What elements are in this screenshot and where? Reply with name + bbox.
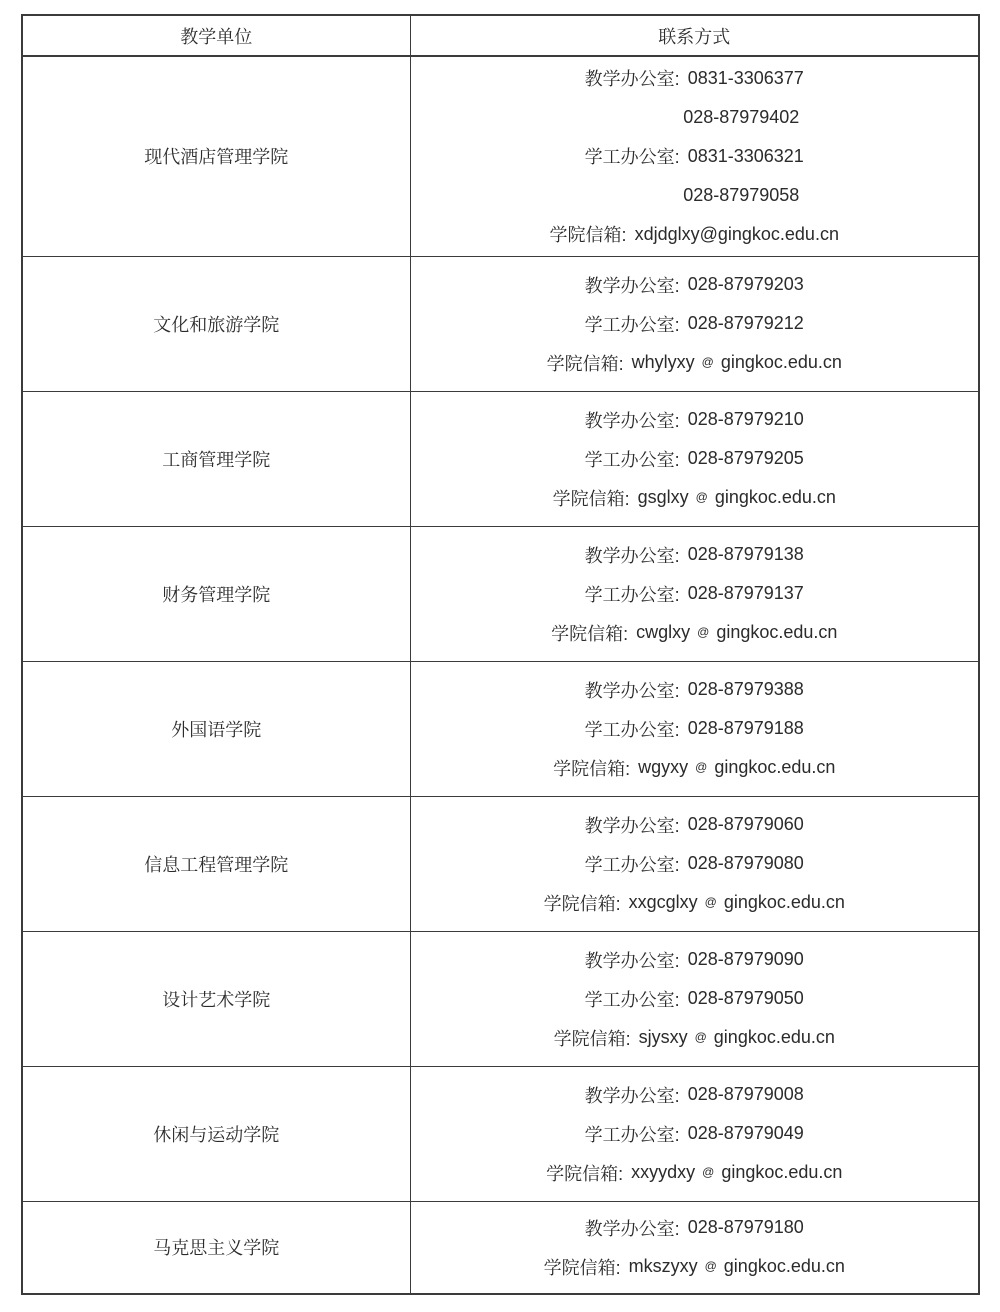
unit-cell: 外国语学院 bbox=[22, 661, 410, 796]
line-label: 学院信箱: bbox=[553, 485, 630, 511]
unit-cell: 休闲与运动学院 bbox=[22, 1066, 410, 1201]
email-user: cwglxy bbox=[636, 622, 690, 643]
email-domain: gingkoc.edu.cn bbox=[716, 622, 837, 643]
line-value: 028-87979210 bbox=[688, 409, 804, 430]
contact-line: 教学办公室:028-87979008 bbox=[411, 1075, 979, 1114]
column-header-contact: 联系方式 bbox=[410, 15, 979, 56]
line-label: 学工办公室: bbox=[585, 143, 680, 169]
line-label: 学工办公室: bbox=[585, 716, 680, 742]
line-label: 学院信箱: bbox=[547, 350, 624, 376]
table-row: 设计艺术学院 教学办公室:028-87979090 学工办公室:028-8797… bbox=[22, 931, 979, 1066]
line-label: 教学办公室: bbox=[585, 542, 680, 568]
email-domain: gingkoc.edu.cn bbox=[724, 1256, 845, 1277]
contact-cell: 教学办公室:028-87979180 学院信箱:mkszyxy@gingkoc.… bbox=[410, 1201, 979, 1294]
contact-line: 学工办公室:028-87979050 bbox=[411, 979, 979, 1018]
line-value: 028-87979402 bbox=[683, 107, 799, 128]
email-domain: gingkoc.edu.cn bbox=[721, 352, 842, 373]
table-row: 信息工程管理学院 教学办公室:028-87979060 学工办公室:028-87… bbox=[22, 796, 979, 931]
line-label: 学工办公室: bbox=[585, 986, 680, 1012]
line-label: 学院信箱: bbox=[546, 1160, 623, 1186]
line-label: 学院信箱: bbox=[554, 1025, 631, 1051]
contact-line: 教学办公室:028-87979060 bbox=[411, 805, 979, 844]
at-sign: @ bbox=[702, 1165, 714, 1179]
email-domain: gingkoc.edu.cn bbox=[714, 1027, 835, 1048]
unit-cell: 马克思主义学院 bbox=[22, 1201, 410, 1294]
contact-lines: 教学办公室:028-87979090 学工办公室:028-87979050 学院… bbox=[411, 940, 979, 1057]
contact-table: 教学单位 联系方式 现代酒店管理学院 教学办公室:0831-3306377 02… bbox=[21, 14, 980, 1295]
email-line: 学院信箱:sjysxy@gingkoc.edu.cn bbox=[411, 1018, 979, 1057]
contact-lines: 教学办公室:028-87979388 学工办公室:028-87979188 学院… bbox=[411, 670, 979, 787]
email-line: 学院信箱:gsglxy@gingkoc.edu.cn bbox=[411, 478, 979, 517]
contact-line: 教学办公室:028-87979203 bbox=[411, 265, 979, 304]
line-label: 学院信箱: bbox=[551, 620, 628, 646]
email-domain: gingkoc.edu.cn bbox=[724, 892, 845, 913]
line-label: 教学办公室: bbox=[585, 812, 680, 838]
email-user: sjysxy bbox=[639, 1027, 688, 1048]
contact-line: 028-87979402 bbox=[458, 98, 1000, 137]
at-sign: @ bbox=[705, 895, 717, 909]
contact-line: 学工办公室:028-87979188 bbox=[411, 709, 979, 748]
line-label: 学工办公室: bbox=[585, 1121, 680, 1147]
unit-cell: 信息工程管理学院 bbox=[22, 796, 410, 931]
unit-cell: 文化和旅游学院 bbox=[22, 256, 410, 391]
contact-line: 学工办公室:0831-3306321 bbox=[411, 137, 979, 176]
email-domain: gingkoc.edu.cn bbox=[715, 487, 836, 508]
unit-cell: 财务管理学院 bbox=[22, 526, 410, 661]
line-value: 028-87979090 bbox=[688, 949, 804, 970]
contact-cell: 教学办公室:028-87979008 学工办公室:028-87979049 学院… bbox=[410, 1066, 979, 1201]
line-value: 028-87979212 bbox=[688, 313, 804, 334]
line-label: 教学办公室: bbox=[585, 1215, 680, 1241]
contact-lines: 教学办公室:028-87979008 学工办公室:028-87979049 学院… bbox=[411, 1075, 979, 1192]
contact-cell: 教学办公室:028-87979203 学工办公室:028-87979212 学院… bbox=[410, 256, 979, 391]
line-value: 028-87979138 bbox=[688, 544, 804, 565]
contact-line: 学工办公室:028-87979137 bbox=[411, 574, 979, 613]
contact-line: 学工办公室:028-87979080 bbox=[411, 844, 979, 883]
line-label: 学工办公室: bbox=[585, 581, 680, 607]
contact-line: 学工办公室:028-87979212 bbox=[411, 304, 979, 343]
at-sign: @ bbox=[695, 1030, 707, 1044]
line-label: 教学办公室: bbox=[585, 1082, 680, 1108]
document-page: 教学单位 联系方式 现代酒店管理学院 教学办公室:0831-3306377 02… bbox=[0, 0, 1000, 1312]
unit-cell: 现代酒店管理学院 bbox=[22, 56, 410, 256]
contact-lines: 教学办公室:028-87979060 学工办公室:028-87979080 学院… bbox=[411, 805, 979, 922]
at-sign: @ bbox=[697, 625, 709, 639]
line-label: 教学办公室: bbox=[585, 272, 680, 298]
column-header-unit: 教学单位 bbox=[22, 15, 410, 56]
line-value: 0831-3306377 bbox=[688, 68, 804, 89]
email-line: 学院信箱:mkszyxy@gingkoc.edu.cn bbox=[411, 1247, 979, 1286]
email-address: xdjdglxy@gingkoc.edu.cn bbox=[635, 224, 839, 245]
contact-line: 028-87979058 bbox=[458, 176, 1000, 215]
line-value: 0831-3306321 bbox=[688, 146, 804, 167]
line-label: 学工办公室: bbox=[585, 311, 680, 337]
email-user: mkszyxy bbox=[629, 1256, 698, 1277]
line-value: 028-87979049 bbox=[688, 1123, 804, 1144]
table-row: 现代酒店管理学院 教学办公室:0831-3306377 028-87979402… bbox=[22, 56, 979, 256]
header-row: 教学单位 联系方式 bbox=[22, 15, 979, 56]
at-sign: @ bbox=[702, 355, 714, 369]
line-label: 学院信箱: bbox=[544, 890, 621, 916]
email-line: 学院信箱:xxgcglxy@gingkoc.edu.cn bbox=[411, 883, 979, 922]
line-label: 教学办公室: bbox=[585, 407, 680, 433]
line-label: 教学办公室: bbox=[585, 677, 680, 703]
line-value: 028-87979188 bbox=[688, 718, 804, 739]
contact-line: 学工办公室:028-87979205 bbox=[411, 439, 979, 478]
line-label: 学院信箱: bbox=[544, 1254, 621, 1280]
line-value: 028-87979058 bbox=[683, 185, 799, 206]
at-sign: @ bbox=[696, 490, 708, 504]
line-value: 028-87979388 bbox=[688, 679, 804, 700]
line-label: 学院信箱: bbox=[553, 755, 630, 781]
table-row: 休闲与运动学院 教学办公室:028-87979008 学工办公室:028-879… bbox=[22, 1066, 979, 1201]
contact-cell: 教学办公室:028-87979060 学工办公室:028-87979080 学院… bbox=[410, 796, 979, 931]
contact-lines: 教学办公室:0831-3306377 028-87979402 学工办公室:08… bbox=[411, 59, 979, 254]
line-value: 028-87979205 bbox=[688, 448, 804, 469]
at-sign: @ bbox=[695, 760, 707, 774]
contact-cell: 教学办公室:028-87979210 学工办公室:028-87979205 学院… bbox=[410, 391, 979, 526]
contact-cell: 教学办公室:028-87979138 学工办公室:028-87979137 学院… bbox=[410, 526, 979, 661]
line-label: 教学办公室: bbox=[585, 947, 680, 973]
contact-line: 教学办公室:0831-3306377 bbox=[411, 59, 979, 98]
email-domain: gingkoc.edu.cn bbox=[714, 757, 835, 778]
line-label: 学院信箱: bbox=[550, 221, 627, 247]
email-user: xxgcglxy bbox=[629, 892, 698, 913]
email-domain: gingkoc.edu.cn bbox=[721, 1162, 842, 1183]
contact-lines: 教学办公室:028-87979138 学工办公室:028-87979137 学院… bbox=[411, 535, 979, 652]
email-user: gsglxy bbox=[638, 487, 689, 508]
contact-line: 教学办公室:028-87979388 bbox=[411, 670, 979, 709]
email-line: 学院信箱:wgyxy@gingkoc.edu.cn bbox=[411, 748, 979, 787]
table-row: 马克思主义学院 教学办公室:028-87979180 学院信箱:mkszyxy@… bbox=[22, 1201, 979, 1294]
contact-lines: 教学办公室:028-87979180 学院信箱:mkszyxy@gingkoc.… bbox=[411, 1208, 979, 1286]
contact-line: 学工办公室:028-87979049 bbox=[411, 1114, 979, 1153]
email-line: 学院信箱:xxyydxy@gingkoc.edu.cn bbox=[411, 1153, 979, 1192]
at-sign: @ bbox=[705, 1259, 717, 1273]
line-value: 028-87979060 bbox=[688, 814, 804, 835]
table-row: 工商管理学院 教学办公室:028-87979210 学工办公室:028-8797… bbox=[22, 391, 979, 526]
contact-line: 教学办公室:028-87979090 bbox=[411, 940, 979, 979]
unit-cell: 工商管理学院 bbox=[22, 391, 410, 526]
contact-line: 教学办公室:028-87979210 bbox=[411, 400, 979, 439]
email-line: 学院信箱:cwglxy@gingkoc.edu.cn bbox=[411, 613, 979, 652]
table-row: 文化和旅游学院 教学办公室:028-87979203 学工办公室:028-879… bbox=[22, 256, 979, 391]
line-value: 028-87979180 bbox=[688, 1217, 804, 1238]
table-row: 外国语学院 教学办公室:028-87979388 学工办公室:028-87979… bbox=[22, 661, 979, 796]
contact-line: 教学办公室:028-87979138 bbox=[411, 535, 979, 574]
email-user: wgyxy bbox=[638, 757, 688, 778]
email-user: whylyxy bbox=[632, 352, 695, 373]
line-value: 028-87979008 bbox=[688, 1084, 804, 1105]
contact-lines: 教学办公室:028-87979210 学工办公室:028-87979205 学院… bbox=[411, 400, 979, 517]
contact-lines: 教学办公室:028-87979203 学工办公室:028-87979212 学院… bbox=[411, 265, 979, 382]
email-line: 学院信箱:whylyxy@gingkoc.edu.cn bbox=[411, 343, 979, 382]
contact-cell: 教学办公室:0831-3306377 028-87979402 学工办公室:08… bbox=[410, 56, 979, 256]
line-value: 028-87979050 bbox=[688, 988, 804, 1009]
table-row: 财务管理学院 教学办公室:028-87979138 学工办公室:028-8797… bbox=[22, 526, 979, 661]
email-user: xxyydxy bbox=[631, 1162, 695, 1183]
line-value: 028-87979137 bbox=[688, 583, 804, 604]
email-line: 学院信箱:xdjdglxy@gingkoc.edu.cn bbox=[411, 215, 979, 254]
line-value: 028-87979080 bbox=[688, 853, 804, 874]
contact-cell: 教学办公室:028-87979090 学工办公室:028-87979050 学院… bbox=[410, 931, 979, 1066]
line-label: 学工办公室: bbox=[585, 851, 680, 877]
unit-cell: 设计艺术学院 bbox=[22, 931, 410, 1066]
line-label: 学工办公室: bbox=[585, 446, 680, 472]
contact-line: 教学办公室:028-87979180 bbox=[411, 1208, 979, 1247]
line-label: 教学办公室: bbox=[585, 65, 680, 91]
contact-cell: 教学办公室:028-87979388 学工办公室:028-87979188 学院… bbox=[410, 661, 979, 796]
line-value: 028-87979203 bbox=[688, 274, 804, 295]
